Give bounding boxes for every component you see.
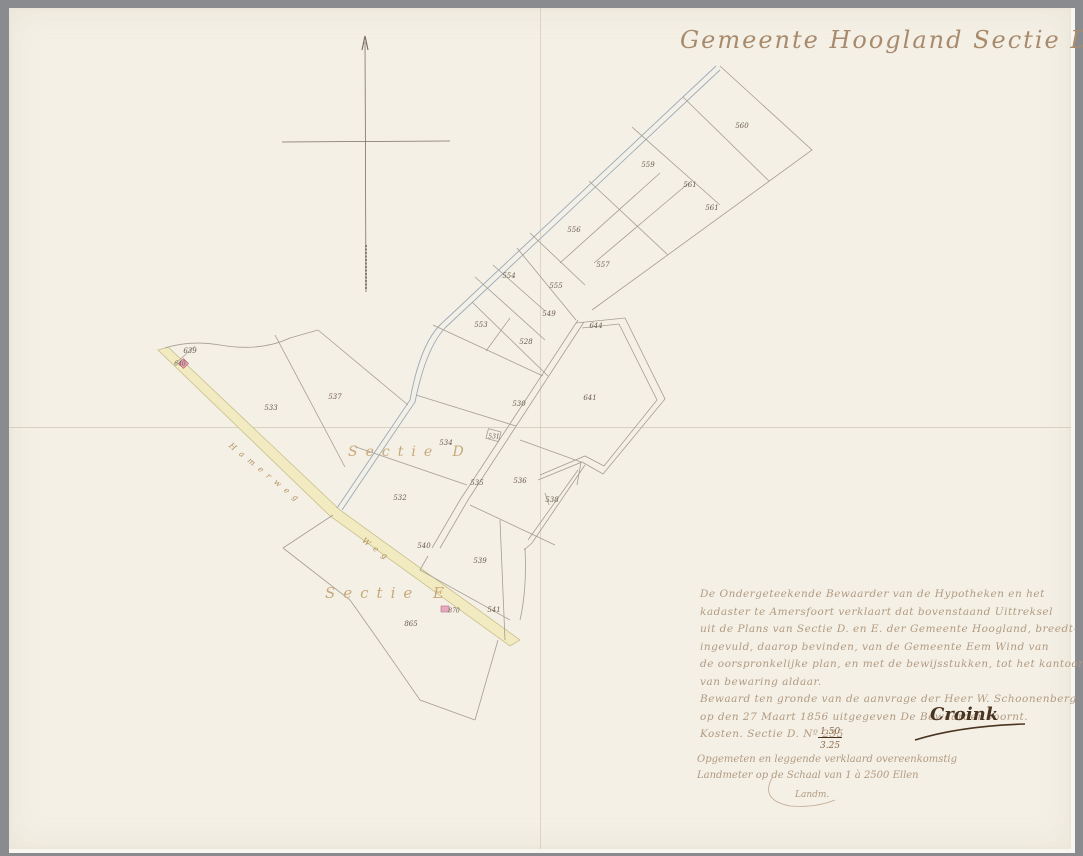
certificate-line: ingevuld, daarop bevinden, van de Gemeen… bbox=[700, 639, 1083, 657]
map-title: Gemeente Hoogland Sectie D en E bbox=[680, 26, 1083, 54]
parcel-label: 532 bbox=[393, 494, 406, 502]
parcel-label: 865 bbox=[404, 620, 417, 628]
parcel-label: 561 bbox=[683, 181, 696, 189]
parcel-label: 549 bbox=[542, 310, 555, 318]
certificate-line: op den 27 Maart 1856 uitgegeven De Bewaa… bbox=[700, 709, 1083, 727]
parcel-label: 644 bbox=[589, 322, 602, 330]
parcel-label: 557 bbox=[596, 261, 609, 269]
parcel-label: 534 bbox=[439, 439, 452, 447]
certificate-line: kadaster te Amersfoort verklaart dat bov… bbox=[700, 604, 1083, 622]
surveyor-note: Opgemeten en leggende verklaard overeenk… bbox=[697, 752, 957, 784]
certificate-line: van bewaring aldaar. bbox=[700, 674, 1083, 692]
survey-line: Opgemeten en leggende verklaard overeenk… bbox=[697, 752, 957, 768]
signature: Croink bbox=[930, 704, 998, 725]
parcel-label: 537 bbox=[328, 393, 341, 401]
parcel-label: 555 bbox=[549, 282, 562, 290]
parcel-label: 560 bbox=[735, 122, 748, 130]
parcel-label: 870 bbox=[448, 608, 459, 615]
parcel-label: 639 bbox=[183, 347, 196, 355]
parcel-label: 640 bbox=[174, 361, 185, 368]
fee-denominator: 3.25 bbox=[820, 741, 840, 751]
parcel-label: 535 bbox=[470, 479, 483, 487]
certificate-line: Kosten. Sectie D. Nº 235 bbox=[700, 726, 1083, 744]
parcel-label: 556 bbox=[567, 226, 580, 234]
parcel-label: 533 bbox=[264, 404, 277, 412]
parcel-label: 540 bbox=[417, 542, 430, 550]
certificate-line: De Ondergeteekende Bewaarder van de Hypo… bbox=[700, 586, 1083, 604]
parcel-label: 641 bbox=[583, 394, 596, 402]
certificate-line: de oorspronkelijke plan, en met de bewij… bbox=[700, 656, 1083, 674]
section-label-e: Sectie E bbox=[325, 584, 452, 602]
certificate-line: uit de Plans van Sectie D. en E. der Gem… bbox=[700, 621, 1083, 639]
parcel-label: 538 bbox=[545, 496, 558, 504]
north-arrow-icon bbox=[282, 36, 450, 292]
parcel-label: 561 bbox=[705, 204, 718, 212]
parcel-label: 528 bbox=[519, 338, 532, 346]
parcel-label: 531 bbox=[488, 434, 499, 441]
survey-line: Landmeter op de Schaal van 1 à 2500 Elle… bbox=[697, 768, 957, 784]
parcel-label: 539 bbox=[473, 557, 486, 565]
certification-text: De Ondergeteekende Bewaarder van de Hypo… bbox=[700, 586, 1083, 744]
parcel-label: 536 bbox=[513, 477, 526, 485]
parcel-label: 530 bbox=[512, 400, 525, 408]
parcel-label: 554 bbox=[502, 272, 515, 280]
surveyor-stamp: Landm. bbox=[795, 790, 829, 800]
parcel-label: 541 bbox=[487, 606, 500, 614]
section-label-d: Sectie D bbox=[348, 444, 472, 460]
fee-numerator: 1.50 bbox=[818, 727, 842, 738]
parcel-label: 553 bbox=[474, 321, 487, 329]
parcel-label: 559 bbox=[641, 161, 654, 169]
certificate-line: Bewaard ten gronde van de aanvrage der H… bbox=[700, 691, 1083, 709]
